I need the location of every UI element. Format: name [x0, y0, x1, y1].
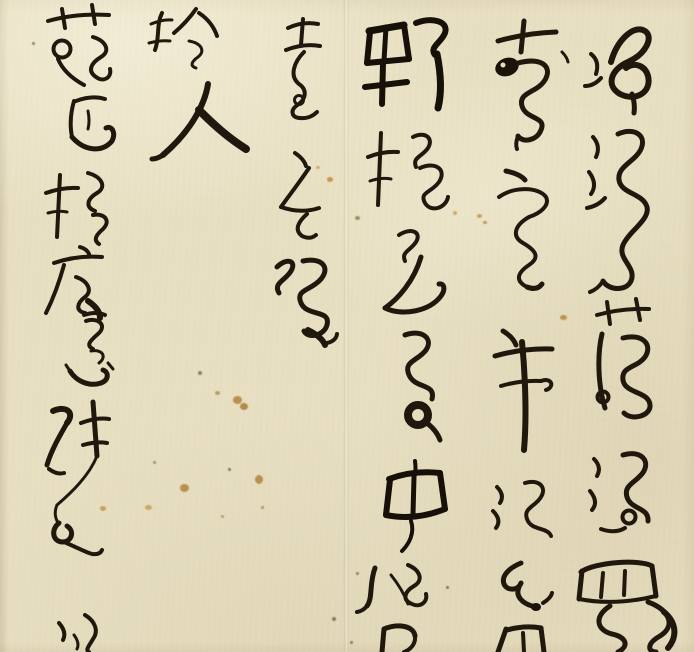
glyph-col2-char6	[498, 627, 544, 652]
glyph-col3-char3	[385, 231, 444, 312]
glyph-col6-char8	[59, 615, 96, 652]
glyph-col6-char1	[48, 5, 110, 85]
glyph-col1-char1	[562, 29, 649, 113]
glyph-col4-char3	[277, 260, 337, 345]
glyph-col2-char5	[503, 563, 552, 611]
glyph-col6-char5	[66, 313, 113, 384]
glyph-col3-char6	[357, 565, 426, 612]
glyph-col1-char3	[597, 299, 650, 417]
glyph-col6-char3	[46, 173, 107, 244]
glyph-col5-char1	[149, 9, 217, 68]
glyph-col2-char1	[493, 21, 556, 149]
glyph-col3-char5	[386, 461, 445, 551]
glyph-col6-char7	[54, 505, 102, 554]
glyph-col4-char2	[281, 153, 319, 238]
glyph-col5-char2	[152, 84, 246, 159]
glyph-col1-char5	[579, 562, 674, 652]
glyph-col6-char6	[47, 402, 109, 505]
glyph-col1-char4	[590, 454, 648, 532]
glyph-col3-char4	[405, 333, 440, 440]
glyph-col3-char2	[368, 133, 448, 208]
glyph-col3-char7	[382, 626, 415, 652]
glyph-col3-char1	[365, 20, 446, 108]
glyph-col2-char2	[499, 171, 547, 288]
glyph-col1-char2	[587, 131, 647, 292]
ink-layer	[0, 0, 694, 652]
glyph-col4-char1	[286, 19, 320, 118]
glyph-col2-char4	[493, 482, 551, 536]
glyph-col6-char4	[46, 247, 102, 318]
glyph-col6-char2	[71, 97, 114, 148]
glyph-col2-char3	[495, 331, 552, 450]
calligraphy-scan	[0, 0, 694, 652]
